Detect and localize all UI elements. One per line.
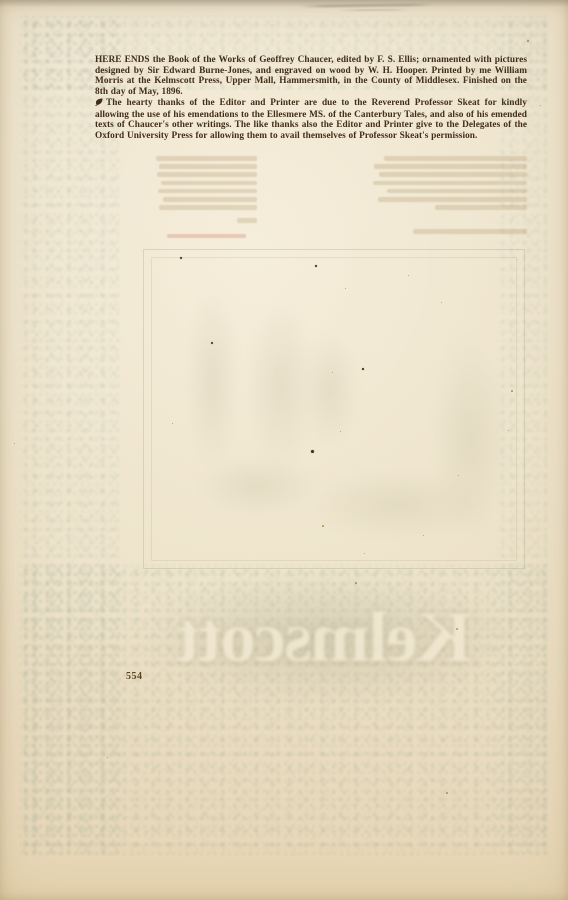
foxing-speck (527, 40, 529, 42)
foxing-speck (446, 792, 448, 794)
ghost-text-column-left (156, 156, 257, 242)
foxing-speck (362, 368, 364, 370)
foxing-speck (355, 582, 357, 584)
ghost-text-line (379, 172, 527, 177)
ghost-text-line (163, 197, 257, 202)
foxing-speck (322, 525, 324, 527)
page-top-edge-shadow (0, 0, 568, 7)
ghost-text-line (159, 164, 257, 169)
ghost-kelmscott-text: Kelmscott (178, 596, 472, 679)
ghost-text-line (158, 189, 257, 194)
ghost-text-line (237, 218, 257, 223)
foxing-speck (311, 450, 314, 453)
foxing-speck (180, 257, 182, 259)
colophon-paragraph-1: HERE ENDS the Book of the Works of Geoff… (95, 55, 527, 98)
ghost-text-line (157, 172, 257, 177)
ghost-text-line (387, 189, 527, 194)
colophon-paragraph-2: The hearty thanks of the Editor and Prin… (95, 98, 527, 142)
ghost-text-line (373, 181, 527, 186)
ghost-text-line (156, 156, 257, 161)
book-page-scan: Kelmscott HERE ENDS the Book of the Work… (0, 0, 568, 900)
foxing-speck (315, 265, 317, 267)
pencil-smudge (338, 9, 410, 12)
ghost-text-line (167, 234, 246, 239)
ghost-woodcut-figure (300, 330, 360, 450)
ghost-woodcut-figure (195, 455, 320, 517)
ghost-text-line (384, 156, 527, 161)
colophon-paragraph-2-text: The hearty thanks of the Editor and Prin… (95, 98, 527, 141)
ghost-text-line (374, 164, 527, 169)
ghost-text-column-right (368, 156, 527, 238)
ghost-woodcut-figure (305, 468, 490, 540)
leaf-ornament-icon (95, 98, 103, 110)
colophon-text-block: HERE ENDS the Book of the Works of Geoff… (95, 55, 527, 142)
ghost-text-line (161, 181, 257, 186)
foxing-speck (14, 443, 15, 444)
ghost-kelmscott-word: Kelmscott (150, 580, 500, 694)
ghost-text-line (159, 205, 257, 210)
ghost-text-line (435, 205, 527, 210)
ghost-woodcut-figure (185, 285, 240, 475)
page-number: 554 (126, 671, 143, 682)
ghost-text-line (413, 229, 527, 234)
foxing-speck (456, 628, 458, 630)
ghost-text-line (378, 197, 527, 202)
foxing-speck (511, 390, 513, 392)
pencil-smudge (300, 3, 435, 8)
